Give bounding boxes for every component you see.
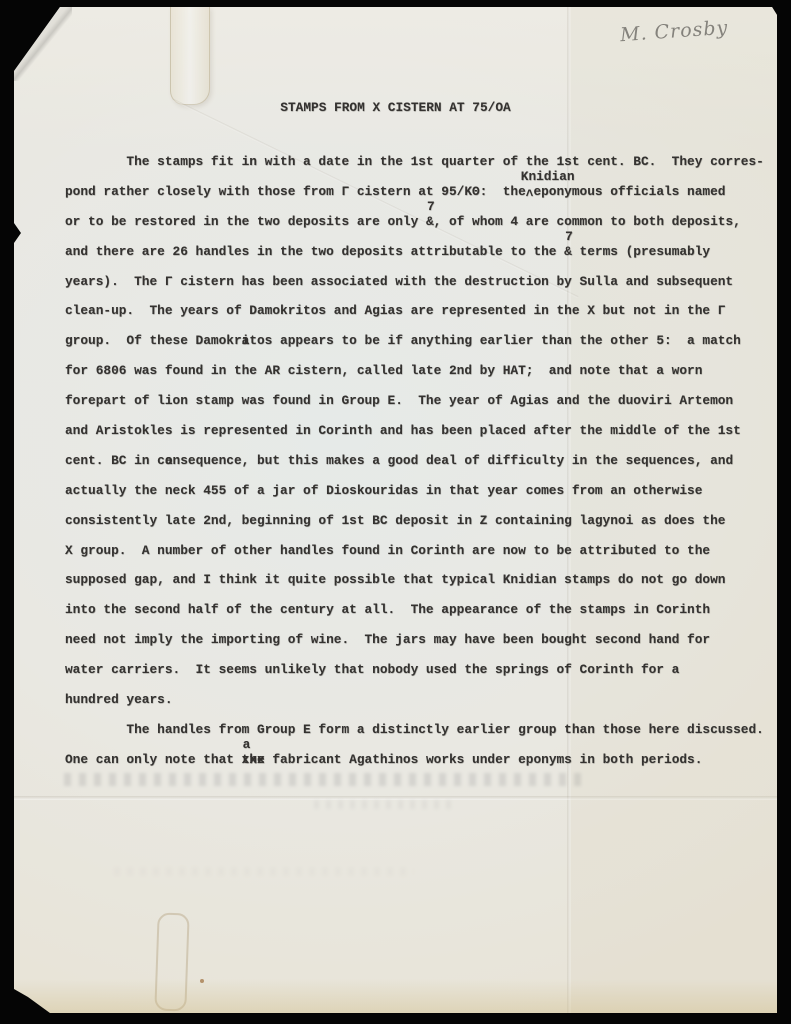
tape-mark [170, 7, 210, 105]
superscript-correction: 7 [565, 230, 573, 243]
line-text: One can only note that [65, 752, 242, 767]
typed-line-with-strikeout: One can only note that athexxx fabricant… [65, 745, 771, 775]
superscript-correction: 7 [427, 200, 435, 213]
aged-paper-edge [14, 979, 777, 1013]
corner-fold [14, 7, 72, 81]
document-body: The stamps fit in with a date in the 1st… [65, 147, 771, 775]
typed-line: forepart of lion stamp was found in Grou… [65, 386, 771, 416]
line-text: , of whom 4 are common to both deposits, [434, 214, 741, 229]
document-title: STAMPS FROM X CISTERN AT 75/OA [14, 93, 777, 123]
typed-line: actually the neck 455 of a jar of Diosko… [65, 476, 771, 506]
correction-point: 7& [426, 207, 434, 237]
struck-out-word: thexxx [242, 745, 265, 775]
correction-point: 7& [564, 237, 572, 267]
typed-line: for 6806 was found in the AR cistern, ca… [65, 356, 771, 386]
line-text: group. Of these Damokr [65, 333, 242, 348]
ink-bleed-marks [314, 800, 454, 809]
overtyped-character: oa [165, 446, 173, 476]
typed-line: years). The Γ cistern has been associate… [65, 267, 771, 297]
line-text: or to be restored in the two deposits ar… [65, 214, 426, 229]
insertion-point: Knidian^ [526, 177, 534, 207]
typed-line: X group. A number of other handles found… [65, 536, 771, 566]
typed-line: need not imply the importing of wine. Th… [65, 625, 771, 655]
line-text: nsequence, but this makes a good deal of… [173, 453, 734, 468]
typed-line-with-correction: and there are 26 handles in the two depo… [65, 237, 771, 267]
typed-line: clean-up. The years of Damokritos and Ag… [65, 296, 771, 326]
typed-line: supposed gap, and I think it quite possi… [65, 565, 771, 595]
overstruck-character: & [426, 214, 434, 229]
scanned-document: M. Crosby STAMPS FROM X CISTERN AT 75/OA… [0, 0, 791, 1024]
line-text: tos appears to be if anything earlier th… [249, 333, 740, 348]
ink-bleed-marks [114, 867, 414, 876]
typed-line-with-correction: or to be restored in the two deposits ar… [65, 207, 771, 237]
overlay-character: a [242, 326, 250, 356]
typed-line: The stamps fit in with a date in the 1st… [65, 147, 771, 177]
typed-line: The handles from Group E form a distinct… [65, 715, 771, 745]
line-text: eponymous officials named [533, 184, 725, 199]
line-text: terms (presumably [572, 244, 710, 259]
typed-line: hundred years. [65, 685, 771, 715]
strikeout-overtype: xxx [242, 745, 265, 775]
typed-line-with-overtype: group. Of these Damokriatos appears to b… [65, 326, 771, 356]
typed-line-with-insertion: pond rather closely with those from Γ ci… [65, 177, 771, 207]
ink-bleed-marks [64, 773, 584, 786]
typed-line-with-overtype: cent. BC in coansequence, but this makes… [65, 446, 771, 476]
correction-point: athexxx [242, 745, 265, 775]
document-page: M. Crosby STAMPS FROM X CISTERN AT 75/OA… [14, 7, 777, 1013]
line-text: cent. BC in c [65, 453, 165, 468]
line-text: pond rather closely with those from Γ ci… [65, 184, 526, 199]
line-text: fabricant Agathinos works under eponyms … [265, 752, 703, 767]
overlay-character: a [165, 446, 173, 476]
line-text: and there are 26 handles in the two depo… [65, 244, 564, 259]
typed-line: consistently late 2nd, beginning of 1st … [65, 506, 771, 536]
typed-line: into the second half of the century at a… [65, 595, 771, 625]
overtyped-character: ia [242, 326, 250, 356]
typed-line: and Aristokles is represented in Corinth… [65, 416, 771, 446]
typed-line: water carriers. It seems unlikely that n… [65, 655, 771, 685]
overstruck-character: & [564, 244, 572, 259]
